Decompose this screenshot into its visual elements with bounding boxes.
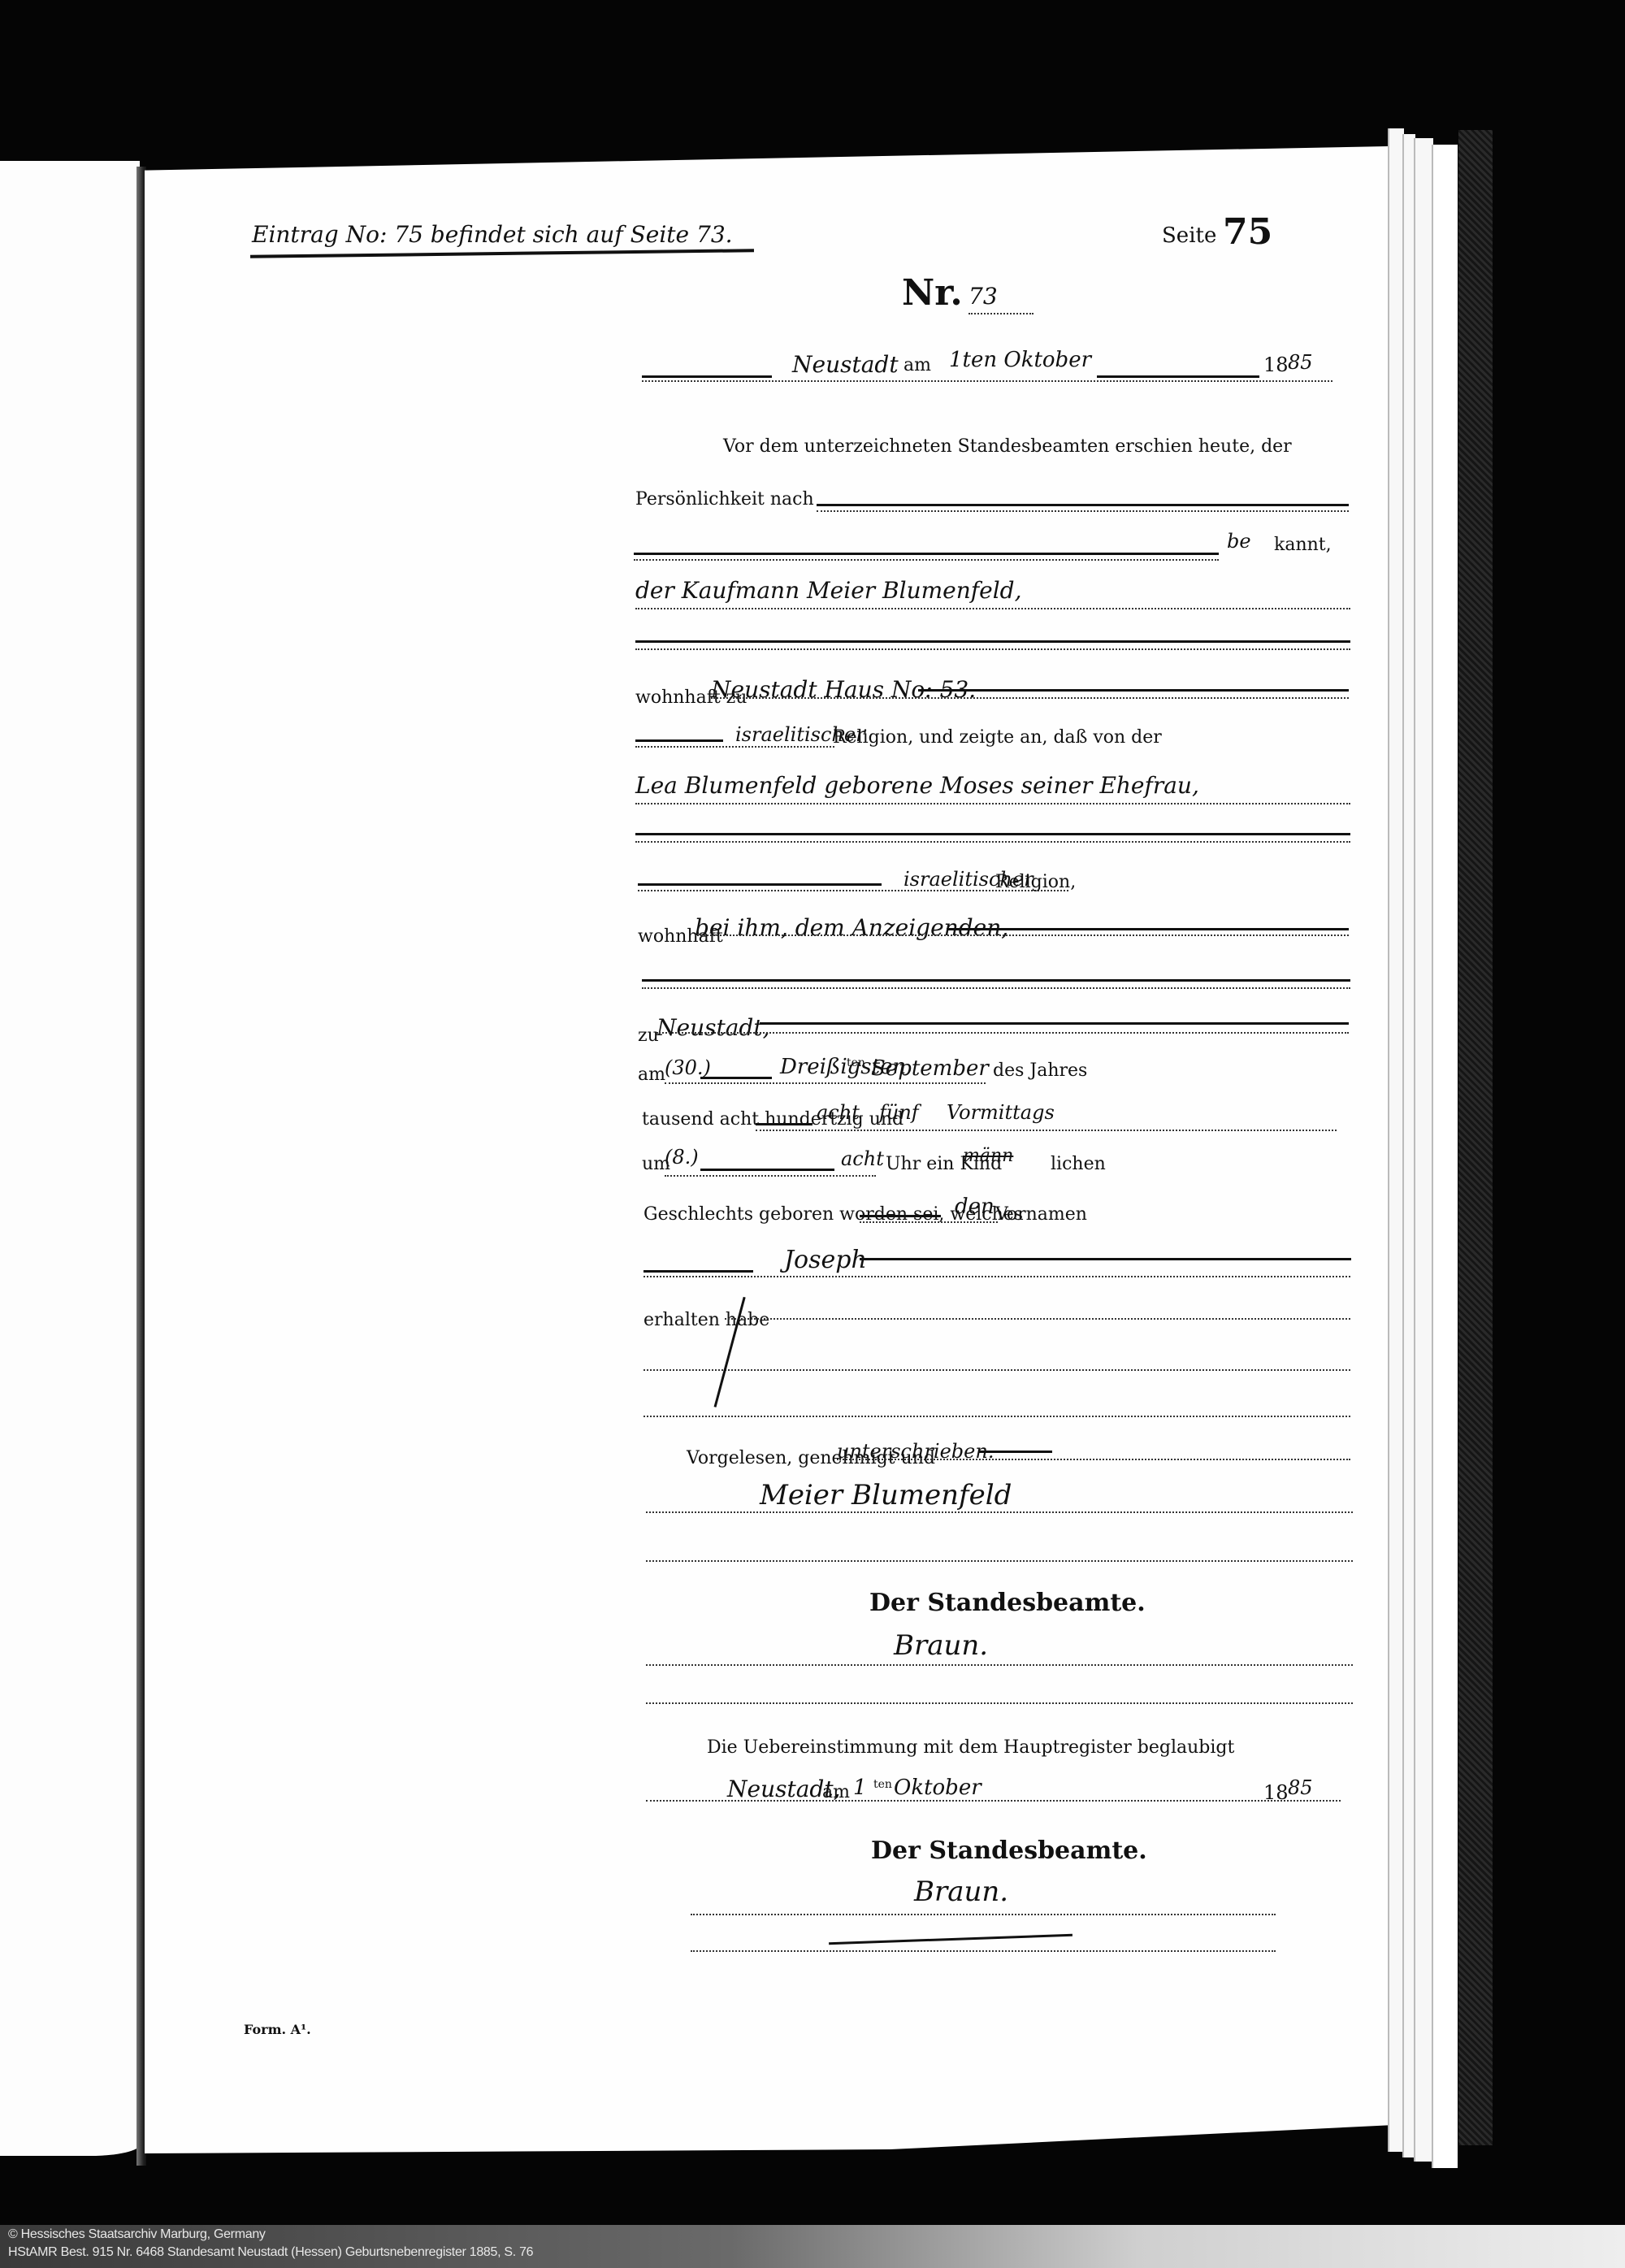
margin-note: Eintrag No: 75 befindet sich auf Seite 7… [252,221,733,248]
birth-town: Neustadt, [656,1014,770,1041]
birth-date-number: (30.) [665,1056,711,1079]
registrar-signature-2: Braun. [914,1876,1008,1908]
religion-text-2: Religion, [995,872,1076,892]
birth-ten-suffix: ten [847,1056,865,1069]
left-page [0,161,140,2156]
rule [642,987,1350,989]
fill-stroke [918,689,1349,692]
sex-fill: männ [963,1146,1013,1166]
fill-stroke [634,553,1219,555]
archive-copyright: © Hessisches Staatsarchiv Marburg, Germa… [8,2227,266,2242]
informant-name: der Kaufmann Meier Blumenfeld, [635,577,1021,604]
rule [695,935,1349,936]
archive-citation: HStAMR Best. 915 Nr. 6468 Standesamt Neu… [8,2245,533,2260]
page-number: 75 [1223,211,1272,253]
rule [635,841,1350,843]
registrar-title-2: Der Standesbeamte. [871,1837,1147,1865]
fill-stroke [642,375,772,378]
erhalten-habe: erhalten habe [643,1310,769,1330]
year-units: fünf [879,1101,919,1124]
entry-number: 73 [968,283,998,310]
rule [635,746,834,748]
town-label: zu [638,1026,659,1046]
rule [656,1032,1349,1034]
tausend-text: tausend acht hundert [642,1109,837,1130]
page-edge [1414,138,1433,2162]
rule [643,1369,1350,1371]
fill-stroke [756,1123,812,1125]
fill-stroke [860,1258,1351,1260]
book-binding [1458,130,1493,2145]
page-edge [1388,128,1404,2152]
rule [635,648,1350,650]
rule [643,1276,1350,1277]
des-jahres: des Jahres [993,1060,1087,1081]
entry-label: Nr. [902,272,963,314]
fill-stroke [1097,375,1259,378]
den-fill: den [955,1195,994,1219]
intro-text: Vor dem unterzeichneten Standesbeamten e… [723,436,1292,457]
certification-year-prefix: 18 [1263,1781,1289,1804]
certification-am: am [822,1782,850,1802]
entry-number-rule [968,313,1033,314]
header-year-suffix: 85 [1288,351,1313,374]
hour-word: acht [841,1147,884,1170]
fill-stroke [979,1451,1052,1453]
religion-text-1: Religion, und zeigte an, daß von der [833,727,1162,748]
fill-stroke [642,979,1350,982]
page-edge [1432,145,1458,2168]
rule [665,1082,986,1084]
sex-suffix: lichen [1051,1154,1106,1174]
fill-stroke [700,1169,834,1171]
fill-stroke [947,928,1349,930]
known-prefix: be [1227,530,1251,553]
rule [634,559,1219,561]
rule [646,1702,1353,1704]
rule [643,1416,1350,1417]
rule [646,1560,1353,1562]
known-suffix: kannt, [1274,535,1332,555]
rule [635,803,1350,804]
rule [635,608,1350,609]
header-place: Neustadt [792,351,899,378]
fill-stroke [817,504,1349,506]
header-am: am [903,355,931,375]
rule [860,1221,998,1223]
identity-label: Persönlichkeit nach [635,489,814,510]
fill-stroke [860,1215,941,1217]
registrar-signature: Braun. [894,1629,988,1662]
fill-stroke [635,739,723,742]
mother-name: Lea Blumenfeld geborene Moses seiner Ehe… [635,772,1199,799]
rule [691,1914,1276,1915]
birth-month: September [871,1056,989,1081]
header-year-prefix: 18 [1263,353,1289,376]
rule [711,697,1349,699]
certification-year-suffix: 85 [1288,1776,1313,1799]
time-of-day: Vormittags [947,1101,1055,1124]
rule [665,1175,876,1177]
header-date: 1ten Oktober [949,348,1091,372]
fill-stroke [638,883,882,886]
rule [817,510,1349,512]
certification-ten: ten [873,1778,892,1791]
certification-day: 1 [853,1776,867,1800]
birth-am: am [638,1065,665,1085]
rule [646,1664,1353,1666]
fill-stroke [635,640,1350,643]
rule [646,1511,1353,1513]
rule [691,1950,1276,1952]
hour-number: (8.) [665,1146,699,1169]
form-label: Form. A¹. [244,2022,311,2037]
fill-stroke [643,1270,753,1273]
certification-text: Die Uebereinstimmung mit dem Hauptregist… [707,1737,1234,1758]
informant-signature: Meier Blumenfeld [760,1479,1012,1511]
fill-stroke [760,1022,1349,1025]
certification-month: Oktober [894,1776,981,1800]
page-label: Seite [1162,223,1216,248]
fill-stroke [635,833,1350,835]
fill-stroke [700,1077,772,1079]
rule [756,1130,1337,1131]
vornamen-label: Vornamen [995,1204,1087,1225]
child-name: Joseph [784,1246,867,1274]
registrar-title: Der Standesbeamte. [869,1589,1146,1617]
header-rule [642,380,1332,382]
rule [725,1318,1350,1320]
rule [837,1459,1350,1460]
